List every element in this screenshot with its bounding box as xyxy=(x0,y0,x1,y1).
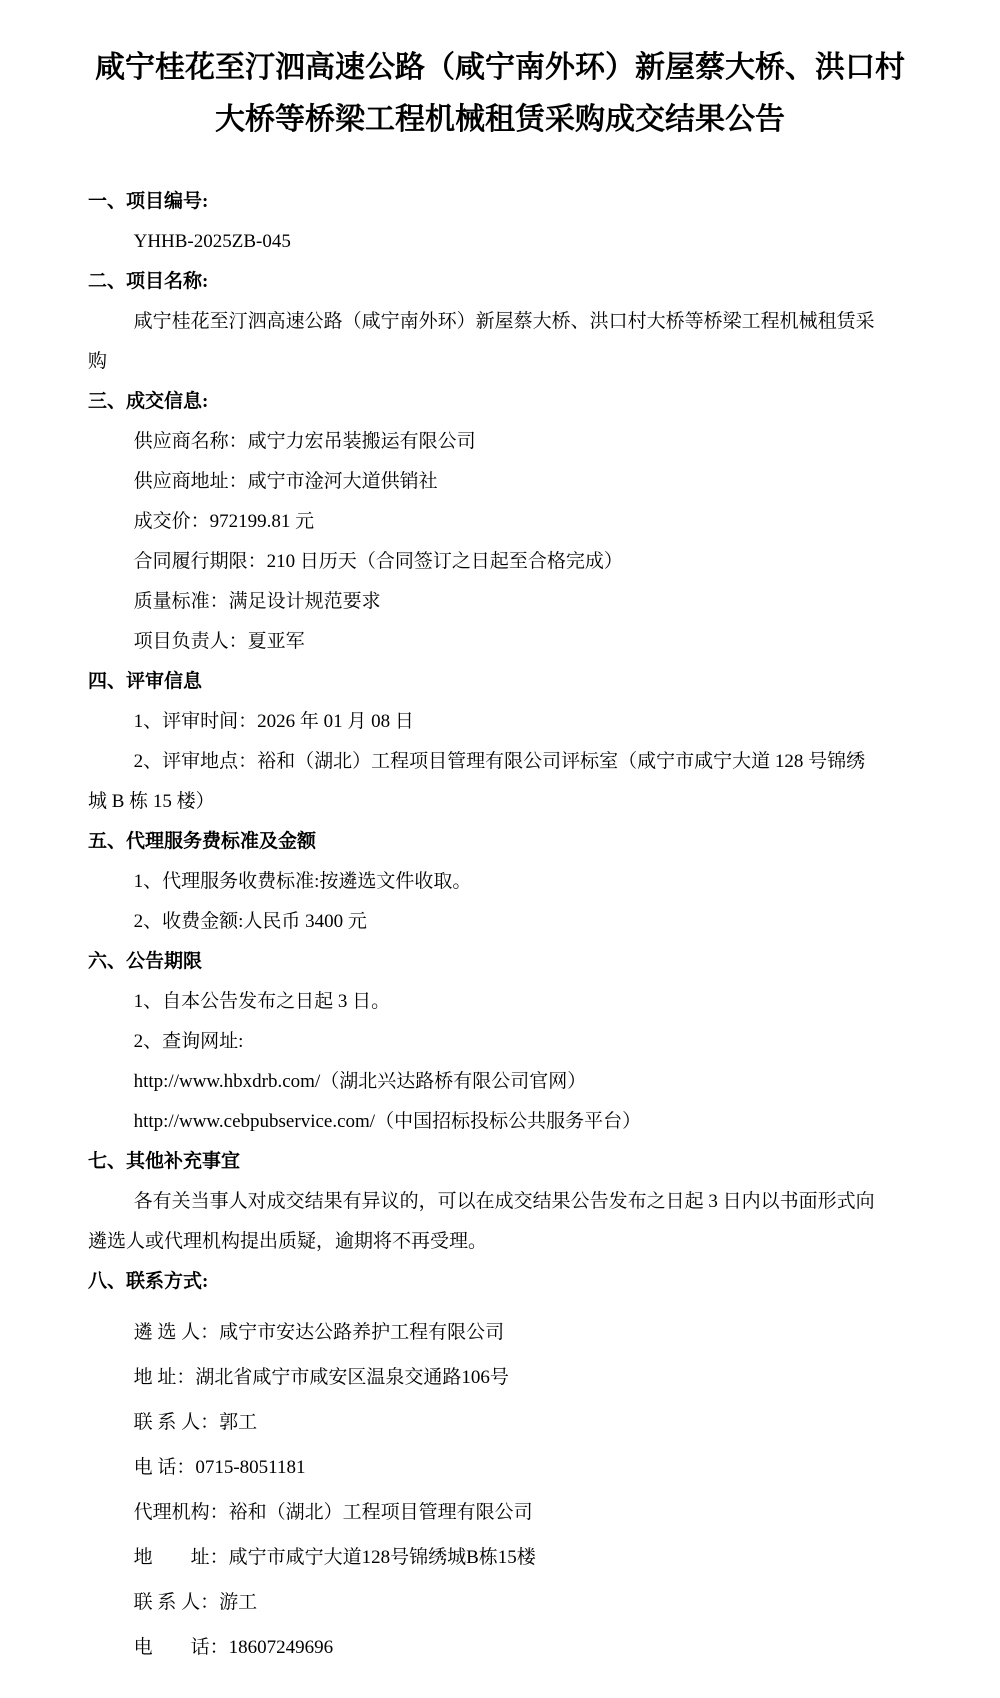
project-leader: 项目负责人：夏亚军 xyxy=(88,622,912,662)
selector-address: 地 址：湖北省咸宁市咸安区温泉交通路106号 xyxy=(88,1355,912,1400)
title-line-2: 大桥等桥梁工程机械租赁采购成交结果公告 xyxy=(88,94,912,146)
agency-address: 地 址：咸宁市咸宁大道128号锦绣城B栋15楼 xyxy=(88,1535,912,1580)
title-line-1: 咸宁桂花至汀泗高速公路（咸宁南外环）新屋蔡大桥、洪口村 xyxy=(88,42,912,94)
contact-person-2: 联 系 人：游工 xyxy=(88,1580,912,1625)
review-place-line-2: 城 B 栋 15 楼） xyxy=(88,782,912,822)
document-page: 咸宁桂花至汀泗高速公路（咸宁南外环）新屋蔡大桥、洪口村 大桥等桥梁工程机械租赁采… xyxy=(0,0,1000,1698)
agency-name: 代理机构：裕和（湖北）工程项目管理有限公司 xyxy=(88,1490,912,1535)
section-6-heading: 六、公告期限 xyxy=(88,942,912,982)
query-url-label: 2、查询网址: xyxy=(88,1022,912,1062)
document-body: 一、项目编号:YHHB-2025ZB-045二、项目名称:咸宁桂花至汀泗高速公路… xyxy=(88,182,912,1670)
query-url-2: http://www.cebpubservice.com/（中国招标投标公共服务… xyxy=(88,1102,912,1142)
supplier-name: 供应商名称：咸宁力宏吊装搬运有限公司 xyxy=(88,422,912,462)
project-name-line-2: 购 xyxy=(88,342,912,382)
supplier-address: 供应商地址：咸宁市淦河大道供销社 xyxy=(88,462,912,502)
section-5-heading: 五、代理服务费标准及金额 xyxy=(88,822,912,862)
contact-person-1: 联 系 人：郭工 xyxy=(88,1400,912,1445)
section-1-heading: 一、项目编号: xyxy=(88,182,912,222)
query-url-1: http://www.hbxdrb.com/（湖北兴达路桥有限公司官网） xyxy=(88,1062,912,1102)
agency-fee-standard: 1、代理服务收费标准:按遴选文件收取。 xyxy=(88,862,912,902)
objection-line-1: 各有关当事人对成交结果有异议的，可以在成交结果公告发布之日起 3 日内以书面形式… xyxy=(88,1182,912,1222)
section-8-heading: 八、联系方式: xyxy=(88,1262,912,1302)
review-place-line-1: 2、评审地点：裕和（湖北）工程项目管理有限公司评标室（咸宁市咸宁大道 128 号… xyxy=(88,742,912,782)
review-time: 1、评审时间：2026 年 01 月 08 日 xyxy=(88,702,912,742)
contract-period: 合同履行期限：210 日历天（合同签订之日起至合格完成） xyxy=(88,542,912,582)
section-4-heading: 四、评审信息 xyxy=(88,662,912,702)
quality-standard: 质量标准：满足设计规范要求 xyxy=(88,582,912,622)
section-7-heading: 七、其他补充事宜 xyxy=(88,1142,912,1182)
selector-name: 遴 选 人：咸宁市安达公路养护工程有限公司 xyxy=(88,1310,912,1355)
objection-line-2: 遴选人或代理机构提出质疑，逾期将不再受理。 xyxy=(88,1222,912,1262)
section-2-heading: 二、项目名称: xyxy=(88,262,912,302)
section-3-heading: 三、成交信息: xyxy=(88,382,912,422)
deal-price: 成交价：972199.81 元 xyxy=(88,502,912,542)
project-name-line-1: 咸宁桂花至汀泗高速公路（咸宁南外环）新屋蔡大桥、洪口村大桥等桥梁工程机械租赁采 xyxy=(88,302,912,342)
announcement-period: 1、自本公告发布之日起 3 日。 xyxy=(88,982,912,1022)
document-title: 咸宁桂花至汀泗高速公路（咸宁南外环）新屋蔡大桥、洪口村 大桥等桥梁工程机械租赁采… xyxy=(88,42,912,146)
agency-fee-amount: 2、收费金额:人民币 3400 元 xyxy=(88,902,912,942)
contact-phone-1: 电 话：0715-8051181 xyxy=(88,1445,912,1490)
contact-phone-2: 电 话：18607249696 xyxy=(88,1625,912,1670)
project-number: YHHB-2025ZB-045 xyxy=(88,222,912,262)
